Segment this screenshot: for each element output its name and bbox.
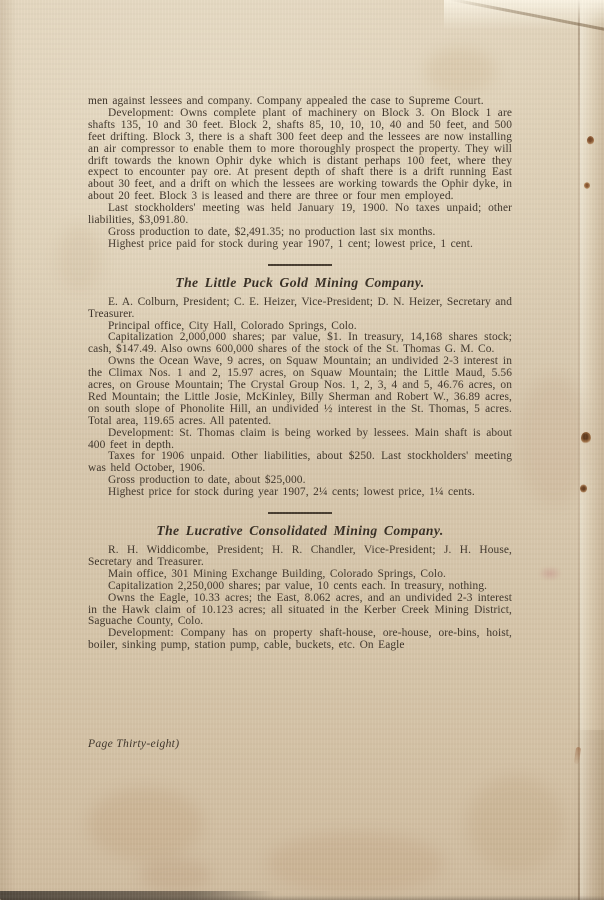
section-divider [268, 264, 332, 266]
foxing-spot [587, 136, 594, 145]
paragraph: Highest price for stock during year 1907… [88, 487, 512, 499]
page-left-edge-shading [0, 0, 16, 900]
foxing-spot [584, 182, 590, 189]
paragraph: E. A. Colburn, President; C. E. Heizer, … [88, 297, 512, 321]
paper-stain [140, 858, 210, 892]
paragraph: Development: Company has on property sha… [88, 628, 512, 652]
bottom-right-corner-shading [570, 730, 604, 900]
paragraph: Main office, 301 Mining Exchange Buildin… [88, 569, 512, 581]
paper-stain [268, 832, 443, 894]
paragraph: Owns the Eagle, 10.33 acres; the East, 8… [88, 593, 512, 629]
paper-stain [518, 375, 590, 505]
paragraph: Last stockholders' meeting was held Janu… [88, 203, 512, 227]
paper-stain [425, 48, 495, 94]
page-right-edge-band [580, 0, 604, 900]
bottom-edge-shadow [0, 895, 604, 900]
pink-smudge [538, 566, 562, 581]
section-heading-lucrative: The Lucrative Consolidated Mining Compan… [88, 525, 512, 537]
paragraph: Owns the Ocean Wave, 9 acres, on Squaw M… [88, 356, 512, 427]
foxing-streak [574, 747, 581, 765]
top-right-curl-crease [449, 0, 604, 33]
paragraph: Development: Owns complete plant of mach… [88, 108, 512, 203]
foxing-spot [581, 432, 591, 444]
page-content: men against lessees and company. Company… [88, 96, 512, 652]
top-right-curl-highlight [444, 0, 604, 30]
paragraph: Capitalization 2,250,000 shares; par val… [88, 581, 512, 593]
section-divider [268, 512, 332, 514]
page-number: Page Thirty-eight) [88, 737, 179, 750]
paragraph: Highest price paid for stock during year… [88, 239, 512, 251]
paragraph: Capitalization 2,000,000 shares; par val… [88, 332, 512, 356]
paper-stain [88, 788, 203, 860]
paragraph: R. H. Widdicombe, President; H. R. Chand… [88, 545, 512, 569]
foxing-spot [580, 484, 587, 493]
paragraph: Development: St. Thomas claim is being w… [88, 428, 512, 452]
paragraph: Taxes for 1906 unpaid. Other liabilities… [88, 451, 512, 475]
section-heading-little-puck: The Little Puck Gold Mining Company. [88, 277, 512, 289]
bottom-left-page-shadow [0, 891, 275, 900]
paper-stain [468, 776, 563, 871]
book-page: men against lessees and company. Company… [0, 0, 604, 900]
vertical-crease [578, 0, 580, 900]
